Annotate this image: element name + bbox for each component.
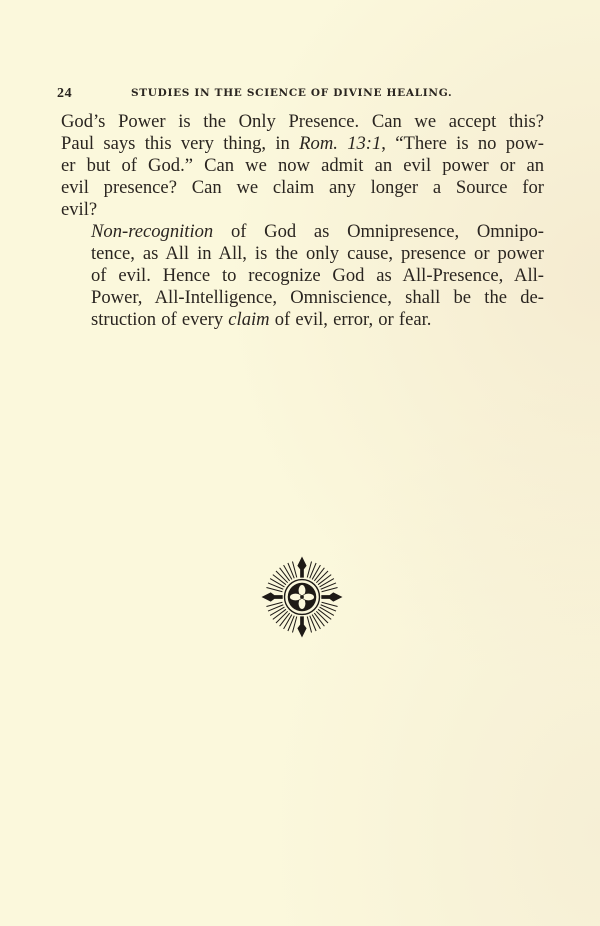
- text-segment: of God as Omnipresence, Omnipo-: [213, 221, 544, 242]
- italic-text: claim: [228, 309, 269, 330]
- text-segment: tence, as All in All, is the only cause,…: [91, 243, 544, 264]
- running-head: 24 STUDIES IN THE SCIENCE OF DIVINE HEAL…: [57, 86, 545, 102]
- paragraph: God’s Power is the Only Presence. Can we…: [61, 111, 544, 221]
- text-segment: of evil. Hence to recognize God as All-P…: [91, 265, 544, 286]
- page-number: 24: [57, 86, 72, 102]
- text-segment: , “There is no pow-: [381, 133, 544, 154]
- running-title: STUDIES IN THE SCIENCE OF DIVINE HEALING…: [131, 87, 452, 99]
- text-segment: struction of every: [91, 309, 228, 330]
- text-segment: evil?: [61, 199, 97, 220]
- italic-text: Rom. 13:1: [299, 133, 381, 154]
- italic-text: Non-recognition: [91, 221, 213, 242]
- sunburst-cross-ornament-icon: [256, 551, 348, 643]
- text-line: Paul says this very thing, in Rom. 13:1,…: [61, 133, 544, 155]
- text-segment: Power, All-Intelligence, Omniscience, sh…: [91, 287, 544, 308]
- text-segment: evil presence? Can we claim any longer a…: [61, 177, 544, 198]
- text-line: Non-recognition of God as Omnipresence, …: [61, 221, 544, 243]
- paragraph: Non-recognition of God as Omnipresence, …: [61, 221, 544, 331]
- text-line: tence, as All in All, is the only cause,…: [61, 243, 544, 265]
- text-segment: er but of God.” Can we now admit an evil…: [61, 155, 544, 176]
- text-line: of evil. Hence to recognize God as All-P…: [61, 265, 544, 287]
- text-segment: of evil, error, or fear.: [270, 309, 432, 330]
- text-segment: God’s Power is the Only Presence. Can we…: [61, 111, 544, 132]
- text-line: er but of God.” Can we now admit an evil…: [61, 155, 544, 177]
- body-text: God’s Power is the Only Presence. Can we…: [61, 111, 544, 331]
- text-line: struction of every claim of evil, error,…: [61, 309, 544, 331]
- book-page: 24 STUDIES IN THE SCIENCE OF DIVINE HEAL…: [0, 0, 600, 926]
- text-line: God’s Power is the Only Presence. Can we…: [61, 111, 544, 133]
- text-line: evil?: [61, 199, 544, 221]
- text-segment: Paul says this very thing, in: [61, 133, 299, 154]
- text-line: evil presence? Can we claim any longer a…: [61, 177, 544, 199]
- text-line: Power, All-Intelligence, Omniscience, sh…: [61, 287, 544, 309]
